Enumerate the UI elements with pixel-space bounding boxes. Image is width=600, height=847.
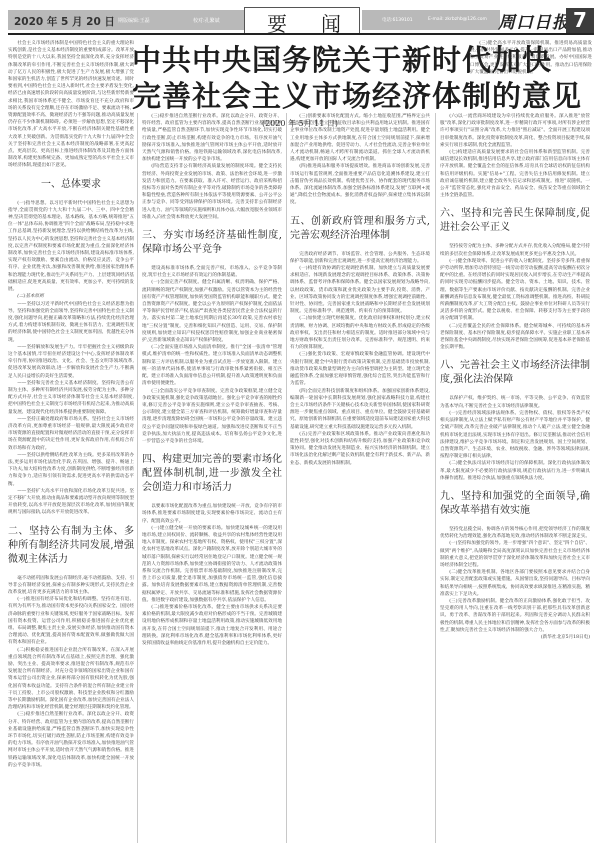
section-heading-3: 三、夯实市场经济基础性制度,保障市场公平竞争 [142, 229, 282, 257]
body-paragraph: (七)构建适应高质量发展要求的社会信用体系和新型监管机制。完善诚信建设长效机制,… [440, 149, 590, 199]
body-paragraph: (二)加快建立现代财税制度。优化政府间事权和财权划分,建立权责清晰、财力协调、区… [290, 315, 430, 351]
body-paragraph: (一)建立健全统一开放的要素市场。加快建设城乡统一的建设用地市场,建立同权同价、… [142, 525, 282, 604]
column-4-top: (三)健全高水平开放政策保障机制。推进贸易高质量发展,拓展对外贸易多元化,提升一… [470, 40, 592, 114]
column-3: (三)创新要素市场化配置方式。缩小土地征收范围,严格界定公共利益用地范围,建立土… [290, 113, 430, 843]
section-heading-1: 一、总体要求 [8, 178, 134, 192]
section-label: 要 闻 [244, 7, 360, 34]
body-paragraph: (四)全面完善科技创新制度和组织体系。加强国家创新体系建设,编制新一轮国家中长期… [290, 388, 430, 431]
body-paragraph: (三)创新要素市场化配置方式。缩小土地征收范围,严格界定公共利益用地范围,建立土… [290, 113, 430, 163]
body-paragraph: (二)推进要素价格市场化改革。健全主要由市场供求关系决定要素价格的机制,最大限度… [142, 604, 282, 647]
body-paragraph: 毫不动摇巩固和发展公有制经济,毫不动摇鼓励、支持、引导非公有制经济发展,探索公有… [8, 575, 134, 597]
body-paragraph: (一)构建有效协调的宏观调控新机制。加快建立与高质量发展要求相适应、体现新发展理… [290, 265, 430, 315]
masthead-band-right: 电话:6139101 E-mail: zkrbzhb@126.com [362, 10, 500, 30]
column-2: (三)稳步推进自然垄断行业改革。深化以政企分开、政资分开、特许经营、政府监管为主… [142, 113, 282, 843]
body-paragraph: (三)全面落实公平竞争审查制度。完善竞争政策框架,建立健全竞争政策实施机制,强化… [142, 388, 282, 446]
body-paragraph: ——坚持以习近平新时代中国特色社会主义经济思想为指导。坚持和加强党的全面领导,坚… [8, 301, 134, 344]
body-paragraph: 建设高标准市场体系,全面完善产权、市场准入、公平竞争等制度,筑牢社会主义市场经济… [142, 265, 282, 279]
body-paragraph: (一)完善经济领域法律法规体系。完善物权、债权、股权等各类产权相关法律制度,从立… [440, 410, 590, 460]
proofreader-credit: 校对:孔繁斌 [193, 17, 220, 24]
body-paragraph: (二)健全改革推进机制。各地区各部门要按照本意见要求并结合自身实际,制定完善配套… [440, 569, 590, 598]
body-paragraph: (三)强化货币政策、宏观审慎政策和金融监管协调。建设现代中央银行制度,健全中央银… [290, 351, 430, 387]
newspaper-name-logo: 周口日报 [498, 8, 570, 33]
masthead-rule [8, 33, 594, 35]
intro-paragraph: 社会主义市场经济体制是中国特色社会主义的重大理论和实践创新,是社会主义基本经济制… [8, 40, 134, 170]
section-heading-2: 二、坚持公有制为主体、多种所有制经济共同发展,增强微观主体活力 [8, 525, 134, 567]
column-1: 社会主义市场经济体制是中国特色社会主义的重大理论和实践创新,是社会主义基本经济制… [8, 40, 134, 840]
masthead: 2020 年 5 月 20 日 期版编辑:王磊 校对:孔繁斌 要 闻 电话:61… [0, 0, 600, 36]
body-paragraph: 以保护产权、维护契约、统一市场、平等交换、公平竞争、有效监管为基本导向,不断完善… [440, 395, 590, 409]
headline-line-1: 中共中央国务院关于新时代加快 [132, 42, 468, 78]
column-divider [435, 113, 436, 843]
email: E-mail: zkrbzhb@126.com [428, 17, 487, 22]
body-paragraph: (三)稳步推进自然垄断行业改革。深化以政企分开、政资分开、特许经营、政府监管为主… [142, 113, 282, 163]
section-heading-5: 五、创新政府管理和服务方式,完善宏观经济治理体制 [290, 215, 430, 243]
body-paragraph: (二)健全执法司法对市场经济运行的保障机制。深化行政执法体制改革,最大限度减少不… [440, 460, 590, 482]
column-divider [286, 113, 287, 843]
editor-credit: 期版编辑:王磊 [118, 17, 150, 24]
body-paragraph: (四)营造支持非公有制经济高质量发展的制度环境。健全支持民营经济、外商投资企业发… [142, 163, 282, 221]
body-paragraph: ——坚持和完善社会主义基本经济制度。坚持和完善公有制为主体、多种所有制经济共同发… [8, 380, 134, 416]
body-paragraph: (五)完善产业政策和区域政策体系。推动产业政策向普惠化和功能性转型,强化对技术创… [290, 431, 430, 467]
page-number: 7 [566, 8, 594, 33]
column-divider [137, 113, 138, 843]
issue-date: 2020 年 5 月 20 日 [14, 14, 115, 29]
body-paragraph: ——坚持解放和发展生产力。牢牢把握社会主义初级阶段这个基本国情,牢牢扭住经济建设… [8, 344, 134, 380]
body-paragraph: (三)完善改革激励机制。健全改革的正向激励体系,强化敢于担当、攻坚克难的用人导向… [440, 598, 590, 634]
section-heading-8: 八、完善社会主义市场经济法律制度,强化法治保障 [440, 359, 590, 387]
body-paragraph: (一)健全体现效率、促进公平的收入分配制度。坚持多劳多得,着重保护劳动所得,增加… [440, 258, 590, 323]
body-paragraph: ——坚持以供给侧结构性改革为主线。更多采用改革的办法,更多运用市场化法治化手段,… [8, 452, 134, 488]
body-paragraph: (三)稳步推进自然垄断行业改革。深化以政企分开、政资分开、特许经营、政府监管为主… [8, 711, 134, 769]
body-paragraph: (一)坚持和加强党的领导。进一步增强"四个意识"、坚定"四个自信"、做到"两个维… [440, 540, 590, 569]
body-paragraph: (二)全面实施市场准入负面清单制度。推行"全国一张清单"管理模式,维护清单的统一… [142, 344, 282, 387]
body-paragraph: ——坚持扩大高水平开放和深化市场化改革互促共进。坚定不移扩大开放,推动由商品和要… [8, 488, 134, 517]
masthead-band-left: 2020 年 5 月 20 日 期版编辑:王磊 校对:孔繁斌 [8, 10, 244, 30]
body-paragraph: 完善政府经济调节、市场监管、社会管理、公共服务、生态环境保护等职能,创新和完善宏… [290, 251, 430, 265]
body-paragraph: (四)推进商品和服务市场提质增效。推进商品市场创新发展,完善市场运行和监管规则,… [290, 163, 430, 206]
body-paragraph: 坚持按劳分配为主体、多种分配方式并存,优化收入分配格局,健全可持续的多层次社会保… [440, 243, 590, 257]
body-paragraph: (一)指导思想。以习近平新时代中国特色社会主义思想为指导,全面贯彻党的十九大和十… [8, 200, 134, 294]
body-paragraph: (一)全面完善产权制度。健全归属清晰、权责明确、保护严格、流转顺畅的现代产权制度… [142, 279, 282, 344]
body-paragraph: (一)推进国有经济布局优化和结构调整。坚持有进有退、有所为有所不为,推动国有资本… [8, 596, 134, 646]
headline-line-2: 完善社会主义市场经济体制的意见 [132, 78, 468, 114]
body-paragraph: ——坚持正确处理政府和市场关系。坚持社会主义市场经济改革方向,更加尊重市场经济一… [8, 416, 134, 452]
column-4: (六)以一流营商环境建设为牵引持续优化政府服务。深入推进"放管服"改革,深化行政… [440, 113, 590, 843]
section-heading-9: 九、坚持和加强党的全面领导,确保改革举措有效实施 [440, 490, 590, 518]
section-heading-6: 六、坚持和完善民生保障制度,促进社会公平正义 [440, 207, 590, 235]
body-paragraph: (六)以一流营商环境建设为牵引持续优化政府服务。深入推进"放管服"改革,深化行政… [440, 113, 590, 149]
body-paragraph: (二)积极稳妥推进国有企业混合所有制改革。在深入开展重点领域混合所有制改革试点基… [8, 647, 134, 712]
sign-off: (新华社北京5月18日电) [440, 634, 590, 641]
telephone: 电话:6139101 [382, 17, 413, 23]
body-paragraph: (二)完善覆盖全民的社会保障体系。健全统筹城乡、可持续的基本养老保险制度、基本医… [440, 323, 590, 352]
body-paragraph: (三)健全高水平开放政策保障机制。推进贸易高质量发展,拓展对外贸易多元化,提升一… [470, 40, 592, 76]
body-paragraph: 以要素市场化配置改革为重点,加快建设统一开放、竞争有序的市场体系,推进要素市场制… [142, 503, 282, 525]
section-heading-4: 四、构建更加完善的要素市场化配置体制机制,进一步激发全社会创造力和市场活力 [142, 453, 282, 495]
body-paragraph: 坚持党总揽全局、协调各方的领导核心作用,把党领导经济工作的制度优势转化为治理效能… [440, 526, 590, 540]
body-paragraph: (二)基本原则 [8, 293, 134, 300]
